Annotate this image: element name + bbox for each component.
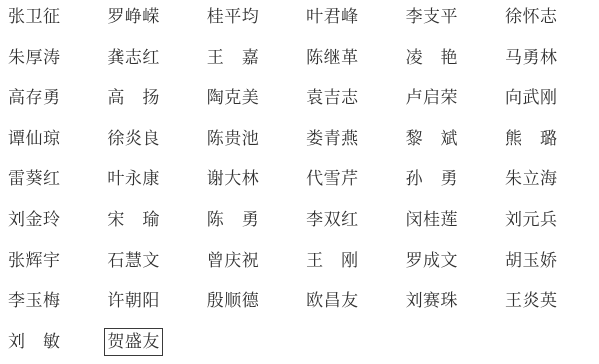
person-name: 熊 璐 [505, 128, 558, 150]
person-name: 孙 勇 [406, 168, 459, 190]
person-name: 凌 艳 [406, 47, 459, 69]
person-name: 高存勇 [8, 87, 61, 109]
name-cell: 马勇林 [505, 47, 599, 88]
name-cell: 高 扬 [107, 87, 206, 128]
name-list-document: 张卫征 罗峥嵘 桂平均 叶君峰 李支平 徐怀志 朱厚涛 龚志红 王 嘉 陈继革 … [0, 0, 599, 364]
name-cell: 刘 敏 [8, 331, 107, 364]
person-name: 罗成文 [406, 250, 459, 272]
name-cell: 陈贵池 [207, 128, 306, 169]
name-cell: 徐怀志 [505, 6, 599, 47]
person-name: 陈 勇 [207, 209, 260, 231]
person-name: 宋 瑜 [107, 209, 160, 231]
person-name: 谭仙琼 [8, 128, 61, 150]
person-name: 马勇林 [505, 47, 558, 69]
person-name: 石慧文 [107, 250, 160, 272]
person-name: 陶克美 [207, 87, 260, 109]
person-name: 雷葵红 [8, 168, 61, 190]
person-name: 张辉宇 [8, 250, 61, 272]
name-cell: 陈继革 [306, 47, 405, 88]
name-cell: 袁吉志 [306, 87, 405, 128]
name-cell: 许朝阳 [107, 290, 206, 331]
name-cell: 胡玉娇 [505, 250, 599, 291]
name-cell: 王 嘉 [207, 47, 306, 88]
name-cell: 叶君峰 [306, 6, 405, 47]
name-cell: 陈 勇 [207, 209, 306, 250]
name-cell: 罗成文 [406, 250, 505, 291]
person-name: 闵桂莲 [406, 209, 459, 231]
person-name: 卢启荣 [406, 87, 459, 109]
name-cell: 王炎英 [505, 290, 599, 331]
person-name: 叶永康 [107, 168, 160, 190]
person-name: 欧昌友 [306, 290, 359, 312]
person-name: 王 刚 [306, 250, 359, 272]
name-cell: 向武刚 [505, 87, 599, 128]
name-cell: 谢大林 [207, 168, 306, 209]
person-name: 许朝阳 [107, 290, 160, 312]
person-name: 袁吉志 [306, 87, 359, 109]
person-name: 徐炎良 [107, 128, 160, 150]
name-cell: 王 刚 [306, 250, 405, 291]
person-name: 龚志红 [107, 47, 160, 69]
name-cell: 曾庆祝 [207, 250, 306, 291]
person-name: 刘元兵 [505, 209, 558, 231]
person-name: 叶君峰 [306, 6, 359, 28]
name-cell: 谭仙琼 [8, 128, 107, 169]
person-name: 娄青燕 [306, 128, 359, 150]
name-cell: 张卫征 [8, 6, 107, 47]
name-cell: 贺盛友 [107, 331, 206, 364]
person-name: 刘赛珠 [406, 290, 459, 312]
person-name: 刘 敏 [8, 331, 61, 353]
person-name: 高 扬 [107, 87, 160, 109]
person-name: 张卫征 [8, 6, 61, 28]
person-name: 谢大林 [207, 168, 260, 190]
person-name: 李玉梅 [8, 290, 61, 312]
person-name: 陈继革 [306, 47, 359, 69]
name-cell: 黎 斌 [406, 128, 505, 169]
name-cell: 凌 艳 [406, 47, 505, 88]
person-name: 徐怀志 [505, 6, 558, 28]
person-name: 王炎英 [505, 290, 558, 312]
name-cell: 朱厚涛 [8, 47, 107, 88]
person-name: 李支平 [406, 6, 459, 28]
name-cell: 刘金玲 [8, 209, 107, 250]
name-cell: 刘赛珠 [406, 290, 505, 331]
name-cell: 高存勇 [8, 87, 107, 128]
person-name: 朱立海 [505, 168, 558, 190]
person-name: 桂平均 [207, 6, 260, 28]
person-name: 李双红 [306, 209, 359, 231]
name-cell: 殷顺德 [207, 290, 306, 331]
person-name: 胡玉娇 [505, 250, 558, 272]
name-cell: 张辉宇 [8, 250, 107, 291]
person-name: 王 嘉 [207, 47, 260, 69]
name-cell: 闵桂莲 [406, 209, 505, 250]
name-cell: 罗峥嵘 [107, 6, 206, 47]
name-cell: 刘元兵 [505, 209, 599, 250]
person-name: 刘金玲 [8, 209, 61, 231]
person-name: 曾庆祝 [207, 250, 260, 272]
name-cell: 宋 瑜 [107, 209, 206, 250]
person-name: 罗峥嵘 [107, 6, 160, 28]
name-cell: 卢启荣 [406, 87, 505, 128]
name-cell: 朱立海 [505, 168, 599, 209]
name-cell: 李双红 [306, 209, 405, 250]
name-grid: 张卫征 罗峥嵘 桂平均 叶君峰 李支平 徐怀志 朱厚涛 龚志红 王 嘉 陈继革 … [8, 6, 599, 364]
person-name: 向武刚 [505, 87, 558, 109]
name-cell: 石慧文 [107, 250, 206, 291]
name-cell: 叶永康 [107, 168, 206, 209]
name-cell: 娄青燕 [306, 128, 405, 169]
name-cell: 熊 璐 [505, 128, 599, 169]
name-cell: 李玉梅 [8, 290, 107, 331]
name-cell: 陶克美 [207, 87, 306, 128]
name-cell: 李支平 [406, 6, 505, 47]
selected-name-box[interactable]: 贺盛友 [107, 331, 160, 353]
person-name: 代雪芹 [306, 168, 359, 190]
name-cell: 欧昌友 [306, 290, 405, 331]
name-cell: 龚志红 [107, 47, 206, 88]
name-cell: 徐炎良 [107, 128, 206, 169]
name-cell: 孙 勇 [406, 168, 505, 209]
name-cell: 代雪芹 [306, 168, 405, 209]
person-name: 黎 斌 [406, 128, 459, 150]
person-name: 殷顺德 [207, 290, 260, 312]
person-name: 朱厚涛 [8, 47, 61, 69]
name-cell: 雷葵红 [8, 168, 107, 209]
name-cell: 桂平均 [207, 6, 306, 47]
person-name: 陈贵池 [207, 128, 260, 150]
